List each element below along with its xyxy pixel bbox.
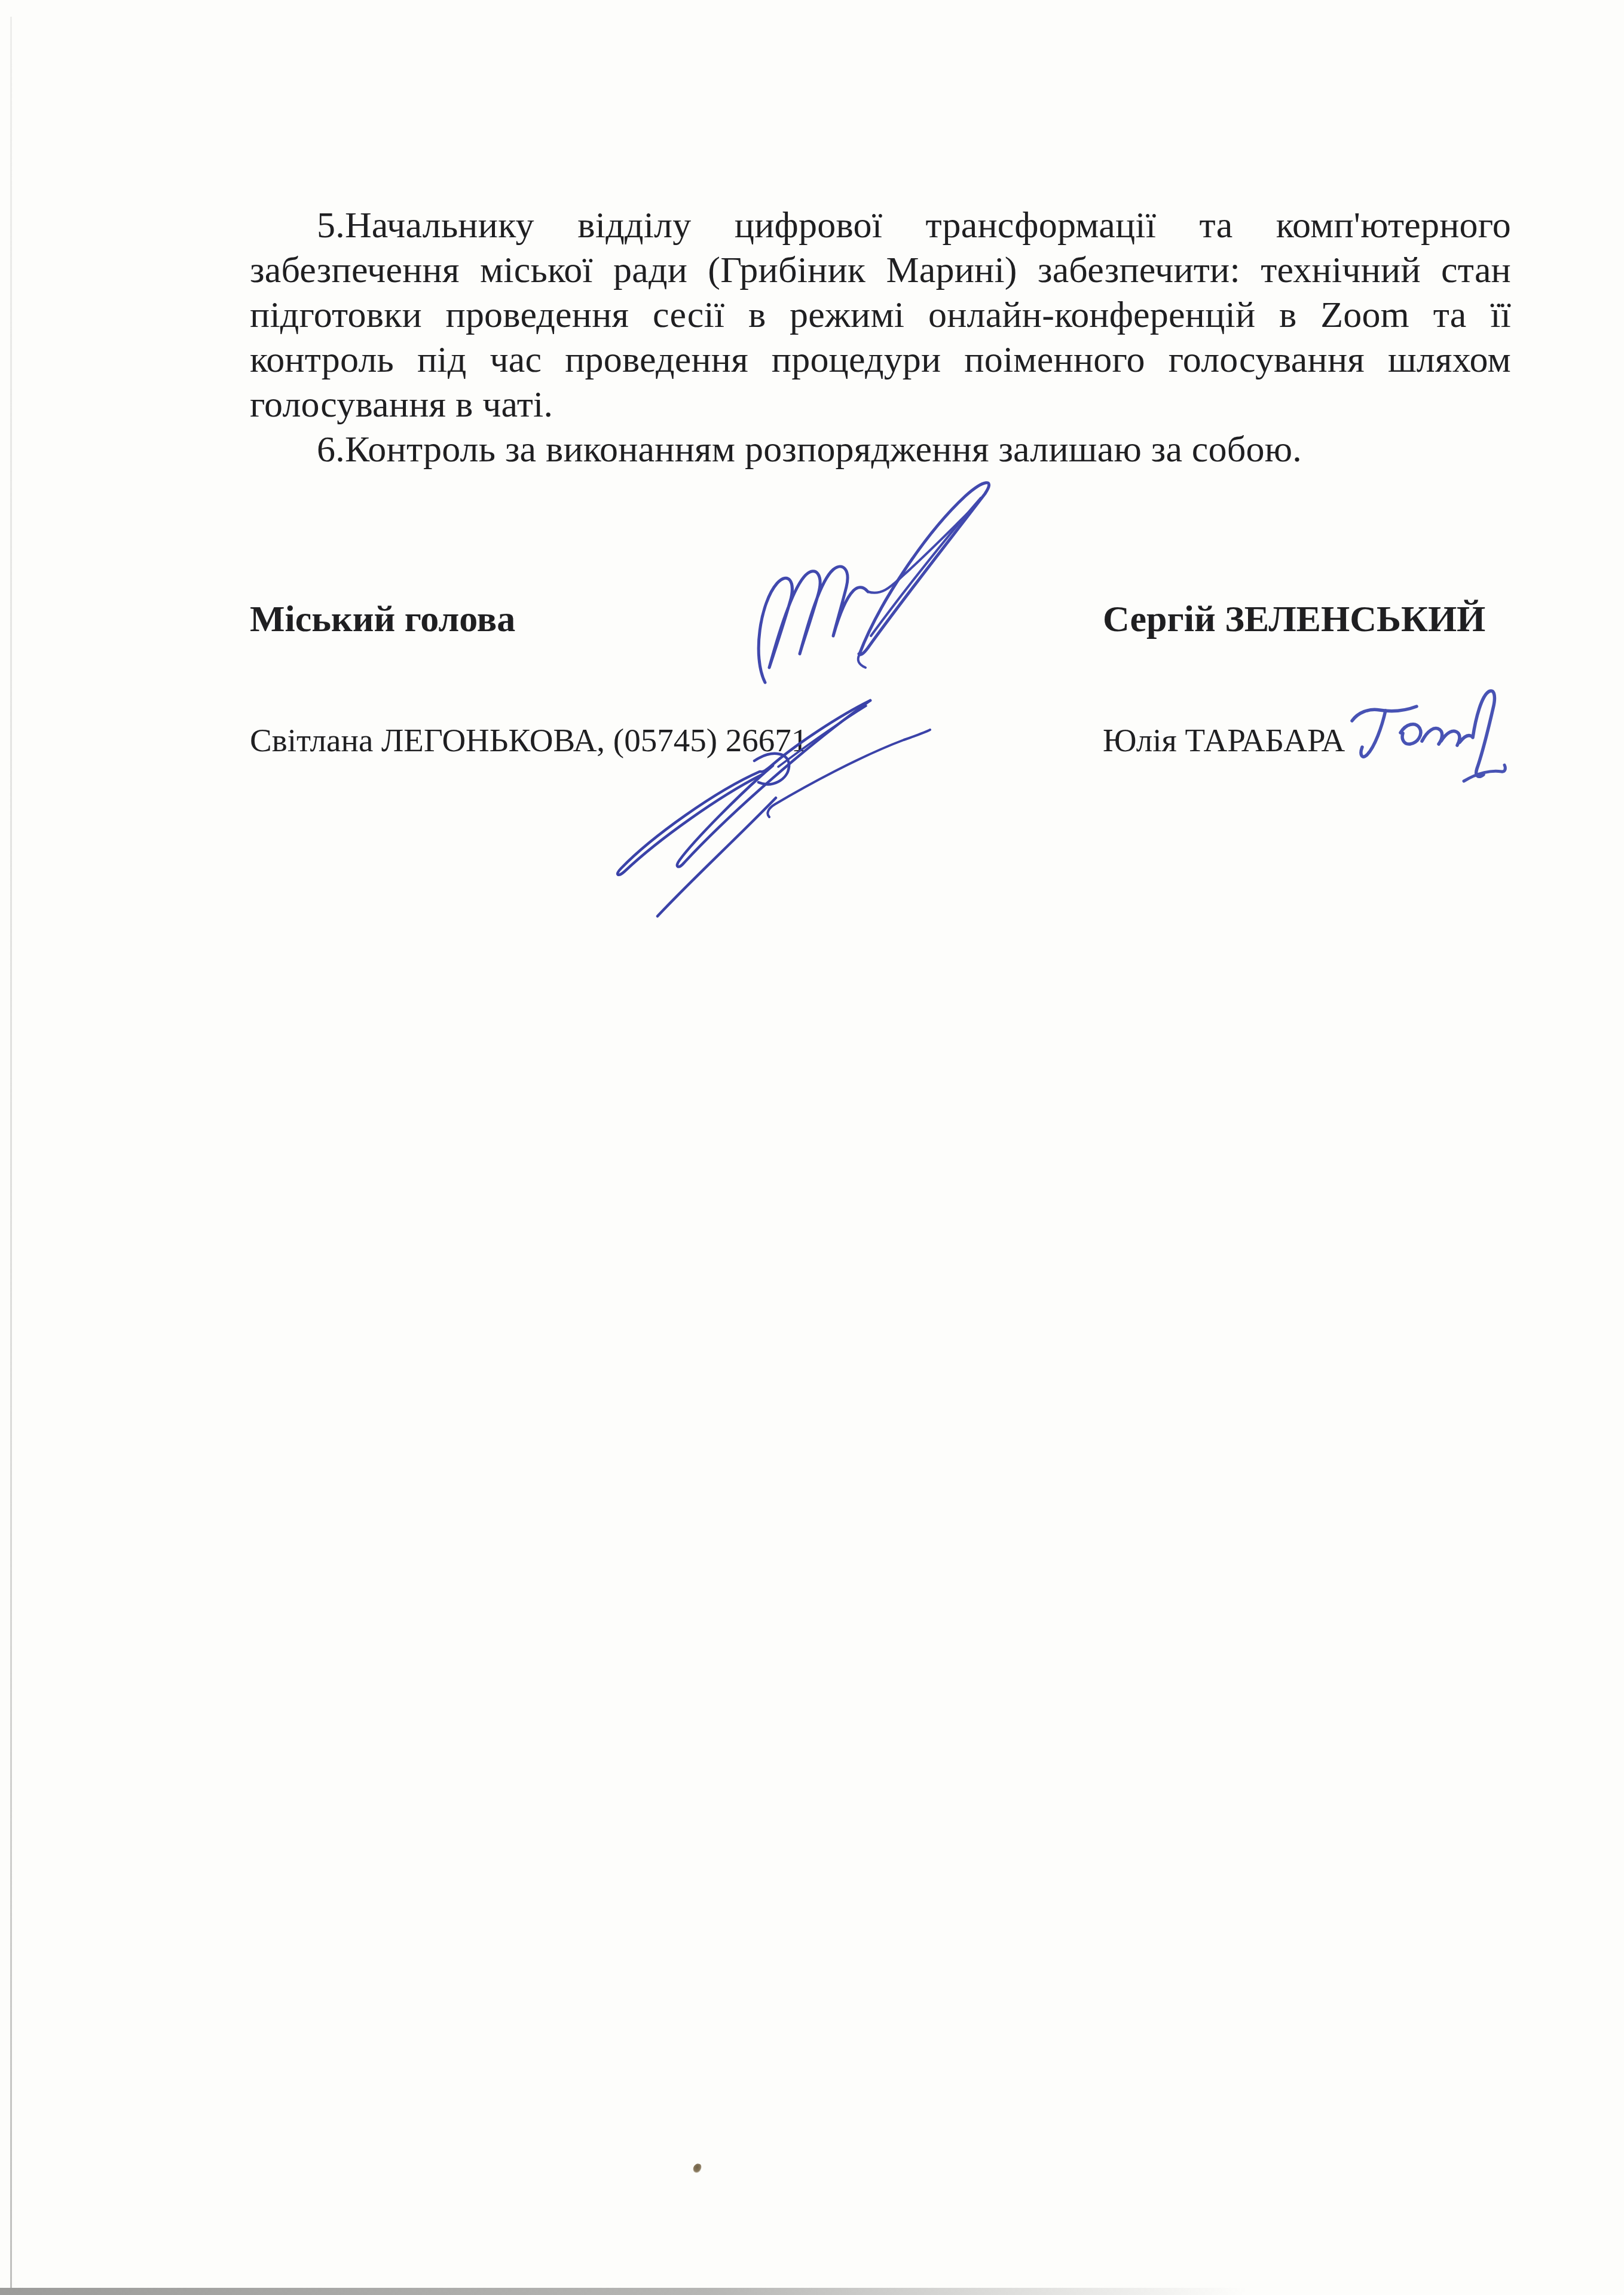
contact-signature-bottom-diagonal [657,798,776,916]
mayor-signature-big-loop [859,483,989,655]
co-signer-signature-arches [1400,724,1472,745]
co-signer-signature-tall-loop [1473,691,1494,776]
mayor-signature-ink [759,483,989,683]
signatures-layer [0,0,1624,2295]
scan-edge-shadow-bottom [0,2288,1285,2295]
co-signer-signature-underline [1464,765,1505,781]
mayor-signature-double-stroke [871,498,981,636]
co-signer-signature-ink [1352,691,1505,781]
mayor-signature-tail [858,654,865,668]
contact-signature-ink [617,700,930,916]
contact-signature-right-sweep [767,730,930,817]
contact-signature-needle-loop-a [617,772,762,875]
mayor-signature-inner-wave [868,504,977,593]
co-signer-signature-stem [1361,711,1386,757]
mayor-signature-small-loops [759,567,868,683]
scanned-document-page: 5.Начальнику відділу цифрової трансформа… [0,0,1624,2295]
